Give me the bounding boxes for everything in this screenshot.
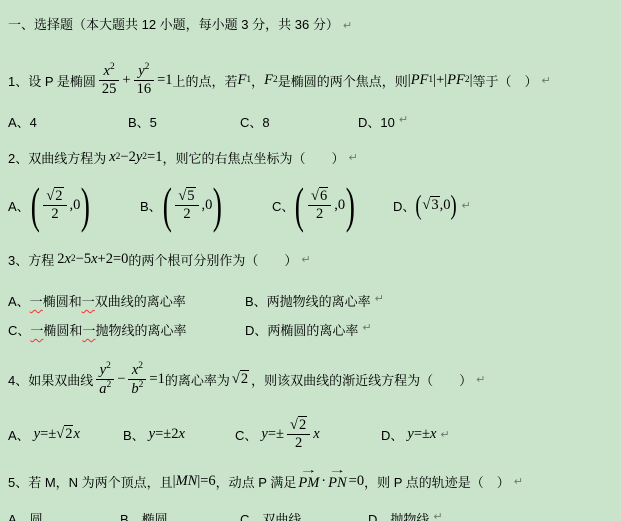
misspell-underline-text: 一 xyxy=(82,291,95,310)
question-3-options-ab: A、一椭圆和一双曲线的离心率 B、两抛物线的离心率 ↵ xyxy=(8,292,615,309)
vector-PN: →PN xyxy=(328,471,347,492)
q4-option-d-label: D、 xyxy=(381,425,403,444)
q4-option-a: A、 y =± √2 x xyxy=(8,412,123,456)
q3-option-c-label: C、 xyxy=(8,320,30,339)
q3-option-c-text2: 抛物线的离心率 xyxy=(95,320,186,339)
question-5-stem: 5、若 M，N 为两个顶点，且 |MN| =6 ，动点 P 满足 →PM · →… xyxy=(8,470,615,492)
q4-text-post: ，则该双曲线的渐近线方程为（ ） xyxy=(251,370,472,389)
var-x: x xyxy=(179,426,185,443)
denominator-2: 2 xyxy=(308,206,331,223)
var-F2: F xyxy=(264,72,273,89)
exam-document: 一、选择题（本大题共 12 小题，每小题 3 分，共 36 分）↵ 1、设 P … xyxy=(0,0,621,521)
q1-option-a: A、4 xyxy=(8,113,128,130)
q4-option-b: B、 y =±2 x xyxy=(123,412,235,456)
question-3-stem: 3、方程 2x2 −5x +2=0 的两个根可分别作为（ ） ↵ xyxy=(8,250,615,268)
equals-1: =1 xyxy=(157,72,172,89)
fraction-sqrt5-over-2: √5 2 xyxy=(175,188,198,222)
misspell-underline-text: 一 xyxy=(82,320,95,339)
paragraph-mark-icon: ↵ xyxy=(476,373,485,386)
minus-sign: − xyxy=(120,149,128,166)
question-2-options: A、 ( √2 2 ,0 ) B、 ( √5 2 ,0 ) C、 ( √6 2 xyxy=(8,176,615,234)
paragraph-mark-icon: ↵ xyxy=(349,151,358,164)
equals-1: =1 xyxy=(147,149,162,166)
var-b: b xyxy=(131,380,138,396)
var-F1: F xyxy=(238,72,247,89)
var-x: x xyxy=(430,426,436,443)
fraction-x2-over-25: x2 25 xyxy=(99,62,120,97)
q1-text-mid: 上的点，若 xyxy=(173,71,238,90)
q5-option-c: C、双曲线 xyxy=(240,510,368,521)
exponent-2: 2 xyxy=(106,380,111,390)
plus-2-equals-0: +2=0 xyxy=(98,251,129,268)
sqrt-2: √2 xyxy=(232,371,249,388)
plus-sign: + xyxy=(436,72,444,89)
denominator-25: 25 xyxy=(99,81,120,98)
q2-option-c-label: C、 xyxy=(272,196,294,215)
question-4-stem: 4、如果双曲线 y2 a2 − x2 b2 =1 的离心率为 √2 ，则该双曲线… xyxy=(8,354,615,404)
q5-text-pre: 5、若 M，N 为两个顶点，且 xyxy=(8,472,173,491)
q3-option-a-text1: 椭圆和 xyxy=(43,291,82,310)
var-x: x xyxy=(73,426,79,443)
minus-5: −5 xyxy=(76,251,91,268)
coefficient-2: 2 xyxy=(129,149,136,166)
section-title-text: 一、选择题（本大题共 12 小题，每小题 3 分，共 36 分） xyxy=(8,17,339,32)
paragraph-mark-icon: ↵ xyxy=(301,253,310,266)
radicand-2: 2 xyxy=(240,370,249,387)
radical-sign: √ xyxy=(232,371,240,387)
q3-option-c-text1: 椭圆和 xyxy=(43,320,82,339)
sqrt-3: √3 xyxy=(422,197,439,214)
minus-sign: − xyxy=(117,371,125,388)
q2-text-post: ，则它的右焦点坐标为（ ） xyxy=(162,148,344,167)
misspell-underline-text: 一 xyxy=(30,291,43,310)
paragraph-mark-icon: ↵ xyxy=(375,292,384,309)
var-PN: PN xyxy=(328,475,347,491)
paragraph-mark-icon: ↵ xyxy=(542,74,551,87)
comma-zero: ,0 xyxy=(334,197,345,214)
q1-option-d: D、10 xyxy=(358,113,395,130)
q4-option-b-label: B、 xyxy=(123,425,145,444)
radicand-2: 2 xyxy=(298,416,307,433)
equals-1: =1 xyxy=(149,371,164,388)
var-MN: MN xyxy=(176,473,198,490)
q1-comma: ， xyxy=(251,71,264,90)
question-3-options-cd: C、一椭圆和一抛物线的离心率 D、两椭圆的离心率 ↵ xyxy=(8,321,615,338)
q5-option-a: A、圆 xyxy=(8,510,120,521)
paragraph-mark-icon: ↵ xyxy=(343,19,352,32)
paragraph-mark-icon: ↵ xyxy=(461,199,470,212)
fraction-y2-over-16: y2 16 xyxy=(134,62,155,97)
q2-option-d-label: D、 xyxy=(393,196,415,215)
q5-text-mid: ，动点 P 满足 xyxy=(216,472,297,491)
question-4-options: A、 y =± √2 x B、 y =±2 x C、 y =± √2 2 x D… xyxy=(8,412,615,456)
question-2-stem: 2、双曲线方程为 x2 − 2y2 =1 ，则它的右焦点坐标为（ ） ↵ xyxy=(8,148,615,166)
radical-sign: √ xyxy=(311,188,319,204)
fraction-sqrt2-over-2: √2 2 xyxy=(287,417,310,451)
q4-option-d: D、 y =± x ↵ xyxy=(381,412,450,456)
radicand-3: 3 xyxy=(430,196,439,213)
equals-pm: =± xyxy=(40,426,56,443)
vector-arrow-icon: → xyxy=(321,465,354,476)
exponent-2: 2 xyxy=(139,380,144,390)
q4-text-pre: 4、如果双曲线 xyxy=(8,370,93,389)
q1-text-pre: 1、设 P 是椭圆 xyxy=(8,71,96,90)
q2-option-b: B、 ( √5 2 ,0 ) xyxy=(140,176,272,234)
q1-option-c: C、8 xyxy=(240,113,358,130)
q5-text-tail: ，则 P 点的轨迹是（ ） xyxy=(364,472,510,491)
denominator-2: 2 xyxy=(287,435,310,452)
exponent-2: 2 xyxy=(106,361,111,371)
var-PF1: PF xyxy=(411,72,429,89)
q1-option-b: B、5 xyxy=(128,113,240,130)
q4-option-a-label: A、 xyxy=(8,425,30,444)
fraction-sqrt6-over-2: √6 2 xyxy=(308,188,331,222)
question-1-stem: 1、设 P 是椭圆 x2 25 + y2 16 =1 上的点，若 F1， F2 … xyxy=(8,56,615,104)
q3-option-d: D、两椭圆的离心率 xyxy=(245,321,358,338)
var-PF2: PF xyxy=(447,72,465,89)
q3-option-c: C、一椭圆和一抛物线的离心率 xyxy=(8,321,245,338)
denominator-16: 16 xyxy=(134,81,155,98)
plus-sign: + xyxy=(122,72,130,89)
paragraph-mark-icon: ↵ xyxy=(440,428,449,441)
q4-text-mid: 的离心率为 xyxy=(165,370,230,389)
comma-zero: ,0 xyxy=(440,197,451,214)
q1-text-mid2: 是椭圆的两个焦点，则 xyxy=(278,71,408,90)
q4-option-c-label: C、 xyxy=(235,425,257,444)
var-x: x xyxy=(313,426,319,443)
paragraph-mark-icon: ↵ xyxy=(514,475,523,488)
q3-option-a-text2: 双曲线的离心率 xyxy=(95,291,186,310)
equals-pm: =± xyxy=(414,426,430,443)
paragraph-mark-icon: ↵ xyxy=(399,113,408,130)
q2-option-b-label: B、 xyxy=(140,196,162,215)
paragraph-mark-icon: ↵ xyxy=(362,321,371,338)
question-5-options: A、圆 B、椭圆 C、双曲线 D、抛物线 ↵ xyxy=(8,510,615,521)
radicand-5: 5 xyxy=(186,187,195,204)
vector-PM: →PM xyxy=(298,471,319,492)
comma-zero: ,0 xyxy=(70,197,81,214)
q3-option-b: B、两抛物线的离心率 xyxy=(245,292,371,309)
q3-text-post: 的两个根可分别作为（ ） xyxy=(128,250,297,269)
q2-option-a-label: A、 xyxy=(8,196,30,215)
section-title: 一、选择题（本大题共 12 小题，每小题 3 分，共 36 分）↵ xyxy=(8,14,615,30)
q2-option-c: C、 ( √6 2 ,0 ) xyxy=(272,176,393,234)
sqrt-2: √2 xyxy=(56,426,73,443)
fraction-sqrt2-over-2: √2 2 xyxy=(43,188,66,222)
q3-option-a: A、一椭圆和一双曲线的离心率 xyxy=(8,292,245,309)
denominator-2: 2 xyxy=(43,206,66,223)
var-PM: PM xyxy=(298,475,319,491)
q4-option-c: C、 y =± √2 2 x xyxy=(235,412,381,456)
comma-zero: ,0 xyxy=(202,197,213,214)
q3-text-pre: 3、方程 xyxy=(8,250,54,269)
exponent-2: 2 xyxy=(138,361,143,371)
q1-text-tail: 等于（ ） xyxy=(473,71,538,90)
misspell-underline-text: 一 xyxy=(30,320,43,339)
radicand-6: 6 xyxy=(319,187,328,204)
fraction-x2-over-b2: x2 b2 xyxy=(128,361,146,397)
radicand-2: 2 xyxy=(54,187,63,204)
q2-option-a: A、 ( √2 2 ,0 ) xyxy=(8,176,140,234)
q5-option-b: B、椭圆 xyxy=(120,510,240,521)
equals-pm-2: =±2 xyxy=(155,426,178,443)
exponent-2: 2 xyxy=(145,62,150,72)
paragraph-mark-icon: ↵ xyxy=(433,510,442,521)
question-1-options: A、4 B、5 C、8 D、10 ↵ xyxy=(8,113,615,130)
radical-sign: √ xyxy=(290,417,298,433)
q5-option-d: D、抛物线 xyxy=(368,510,429,521)
q2-text-pre: 2、双曲线方程为 xyxy=(8,148,106,167)
q3-option-a-label: A、 xyxy=(8,291,30,310)
denominator-2: 2 xyxy=(175,206,198,223)
q2-option-d: D、 ( √3 ,0 ) ↵ xyxy=(393,176,471,234)
exponent-2: 2 xyxy=(110,62,115,72)
fraction-y2-over-a2: y2 a2 xyxy=(96,361,114,397)
equals-6: =6 xyxy=(200,473,215,490)
equals-pm: =± xyxy=(268,426,284,443)
